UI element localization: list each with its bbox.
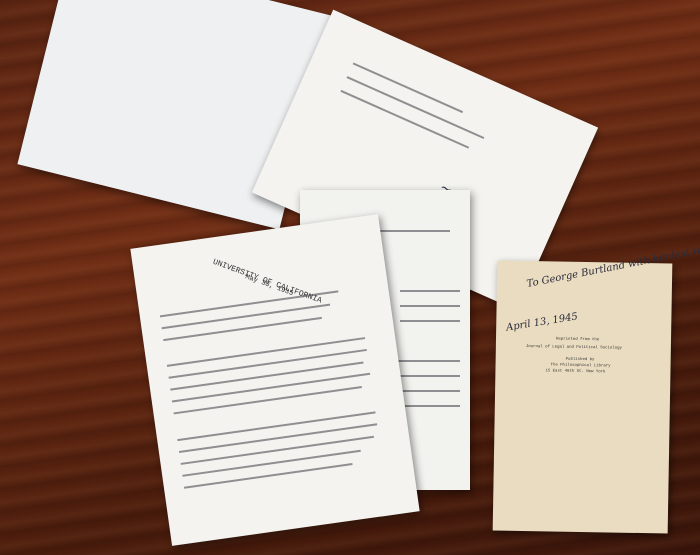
publisher-line-1: Published by: [566, 358, 595, 363]
inscription: To George Burtland with kindest regards: [526, 239, 700, 290]
signature-date: April 13, 1945: [505, 311, 578, 333]
publisher-line-2: The Philosophical Library: [551, 363, 611, 368]
signed-pamphlet: To George Burtland with kindest regards …: [493, 260, 673, 533]
reprint-line-2: Journal of Legal and Political Sociology: [526, 345, 622, 351]
reprint-line-1: Reprinted from the: [556, 338, 599, 343]
publisher-line-3: 15 East 40th St. New York: [545, 369, 605, 374]
front-letter: UNIVERSITY OF CALIFORNIA May 30, 1935: [130, 214, 419, 546]
